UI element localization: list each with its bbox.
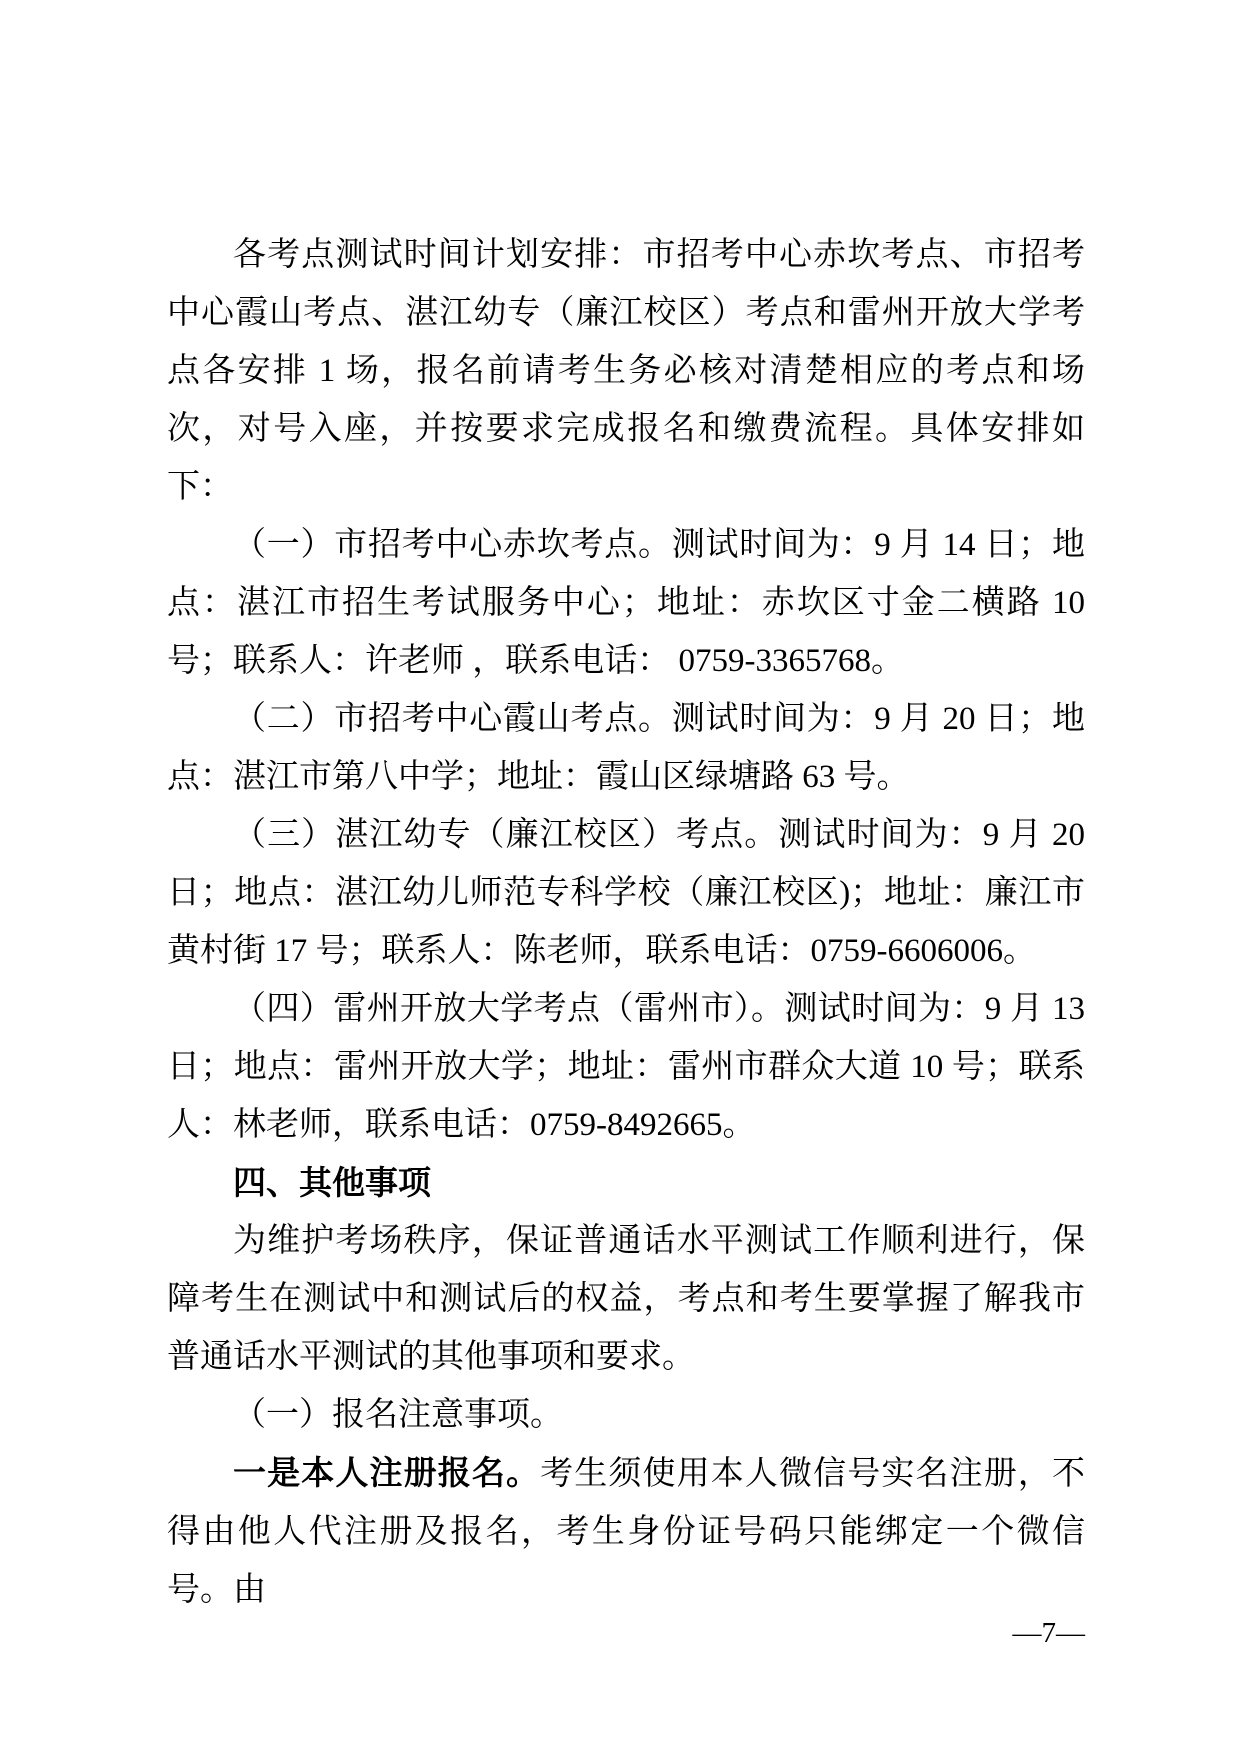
paragraph-test-schedule-overview: 各考点测试时间计划安排：市招考中心赤坎考点、市招考中心霞山考点、湛江幼专（廉江校… — [167, 226, 1085, 516]
section-heading-other-matters: 四、其他事项 — [167, 1154, 1085, 1212]
paragraph-site-1-chikan: （一）市招考中心赤坎考点。测试时间为：9 月 14 日；地点：湛江市招生考试服务… — [167, 516, 1085, 690]
paragraph-site-2-xiashan: （二）市招考中心霞山考点。测试时间为：9 月 20 日；地点：湛江市第八中学；地… — [167, 690, 1085, 806]
page-footer: —7— — [1013, 1616, 1086, 1651]
page-number: —7— — [1013, 1617, 1086, 1649]
document-page: 各考点测试时间计划安排：市招考中心赤坎考点、市招考中心霞山考点、湛江幼专（廉江校… — [0, 0, 1240, 1754]
document-body: 各考点测试时间计划安排：市招考中心赤坎考点、市招考中心霞山考点、湛江幼专（廉江校… — [167, 226, 1085, 1619]
bold-lead-self-registration: 一是本人注册报名。 — [233, 1454, 540, 1491]
paragraph-other-matters-intro: 为维护考场秩序，保证普通话水平测试工作顺利进行，保障考生在测试中和测试后的权益，… — [167, 1212, 1085, 1386]
paragraph-site-4-leizhou: （四）雷州开放大学考点（雷州市）。测试时间为：9 月 13 日；地点：雷州开放大… — [167, 980, 1085, 1154]
paragraph-rule-self-registration: 一是本人注册报名。考生须使用本人微信号实名注册，不得由他人代注册及报名，考生身份… — [167, 1444, 1085, 1619]
paragraph-site-3-lianjiang-campus: （三）湛江幼专（廉江校区）考点。测试时间为：9 月 20 日；地点：湛江幼儿师范… — [167, 806, 1085, 980]
paragraph-registration-notes-title: （一）报名注意事项。 — [167, 1386, 1085, 1444]
